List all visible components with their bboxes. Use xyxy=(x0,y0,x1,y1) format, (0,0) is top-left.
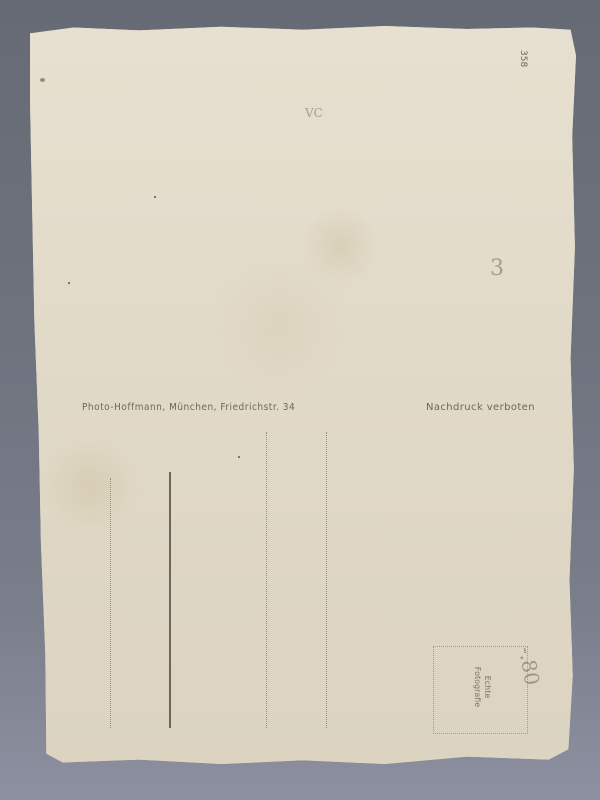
stamp-box-text: Echte Fotografie xyxy=(452,657,512,717)
publisher-line: Photo-Hoffmann, München, Friedrichstr. 3… xyxy=(82,402,295,413)
catalog-number: 358 xyxy=(518,50,528,67)
postcard-back: 358 VC 3 Photo-Hoffmann, München, Friedr… xyxy=(30,26,576,764)
pencil-mark: VC xyxy=(305,106,323,120)
stain-spot xyxy=(40,78,45,82)
dust-speck xyxy=(68,282,70,284)
dust-speck xyxy=(238,456,240,458)
address-line-dotted xyxy=(266,432,267,728)
copyright-notice: Nachdruck verboten xyxy=(426,402,535,413)
message-divider-line xyxy=(169,472,171,728)
stamp-box: Echte Fotografie xyxy=(433,646,528,734)
address-divider-dotted xyxy=(110,478,111,728)
stamp-text-line1: Echte xyxy=(482,676,492,699)
pencil-mark: 3 xyxy=(490,256,504,281)
stamp-text-line2: Fotografie xyxy=(472,667,482,707)
dust-speck xyxy=(154,196,156,198)
address-line-dotted xyxy=(326,432,327,728)
